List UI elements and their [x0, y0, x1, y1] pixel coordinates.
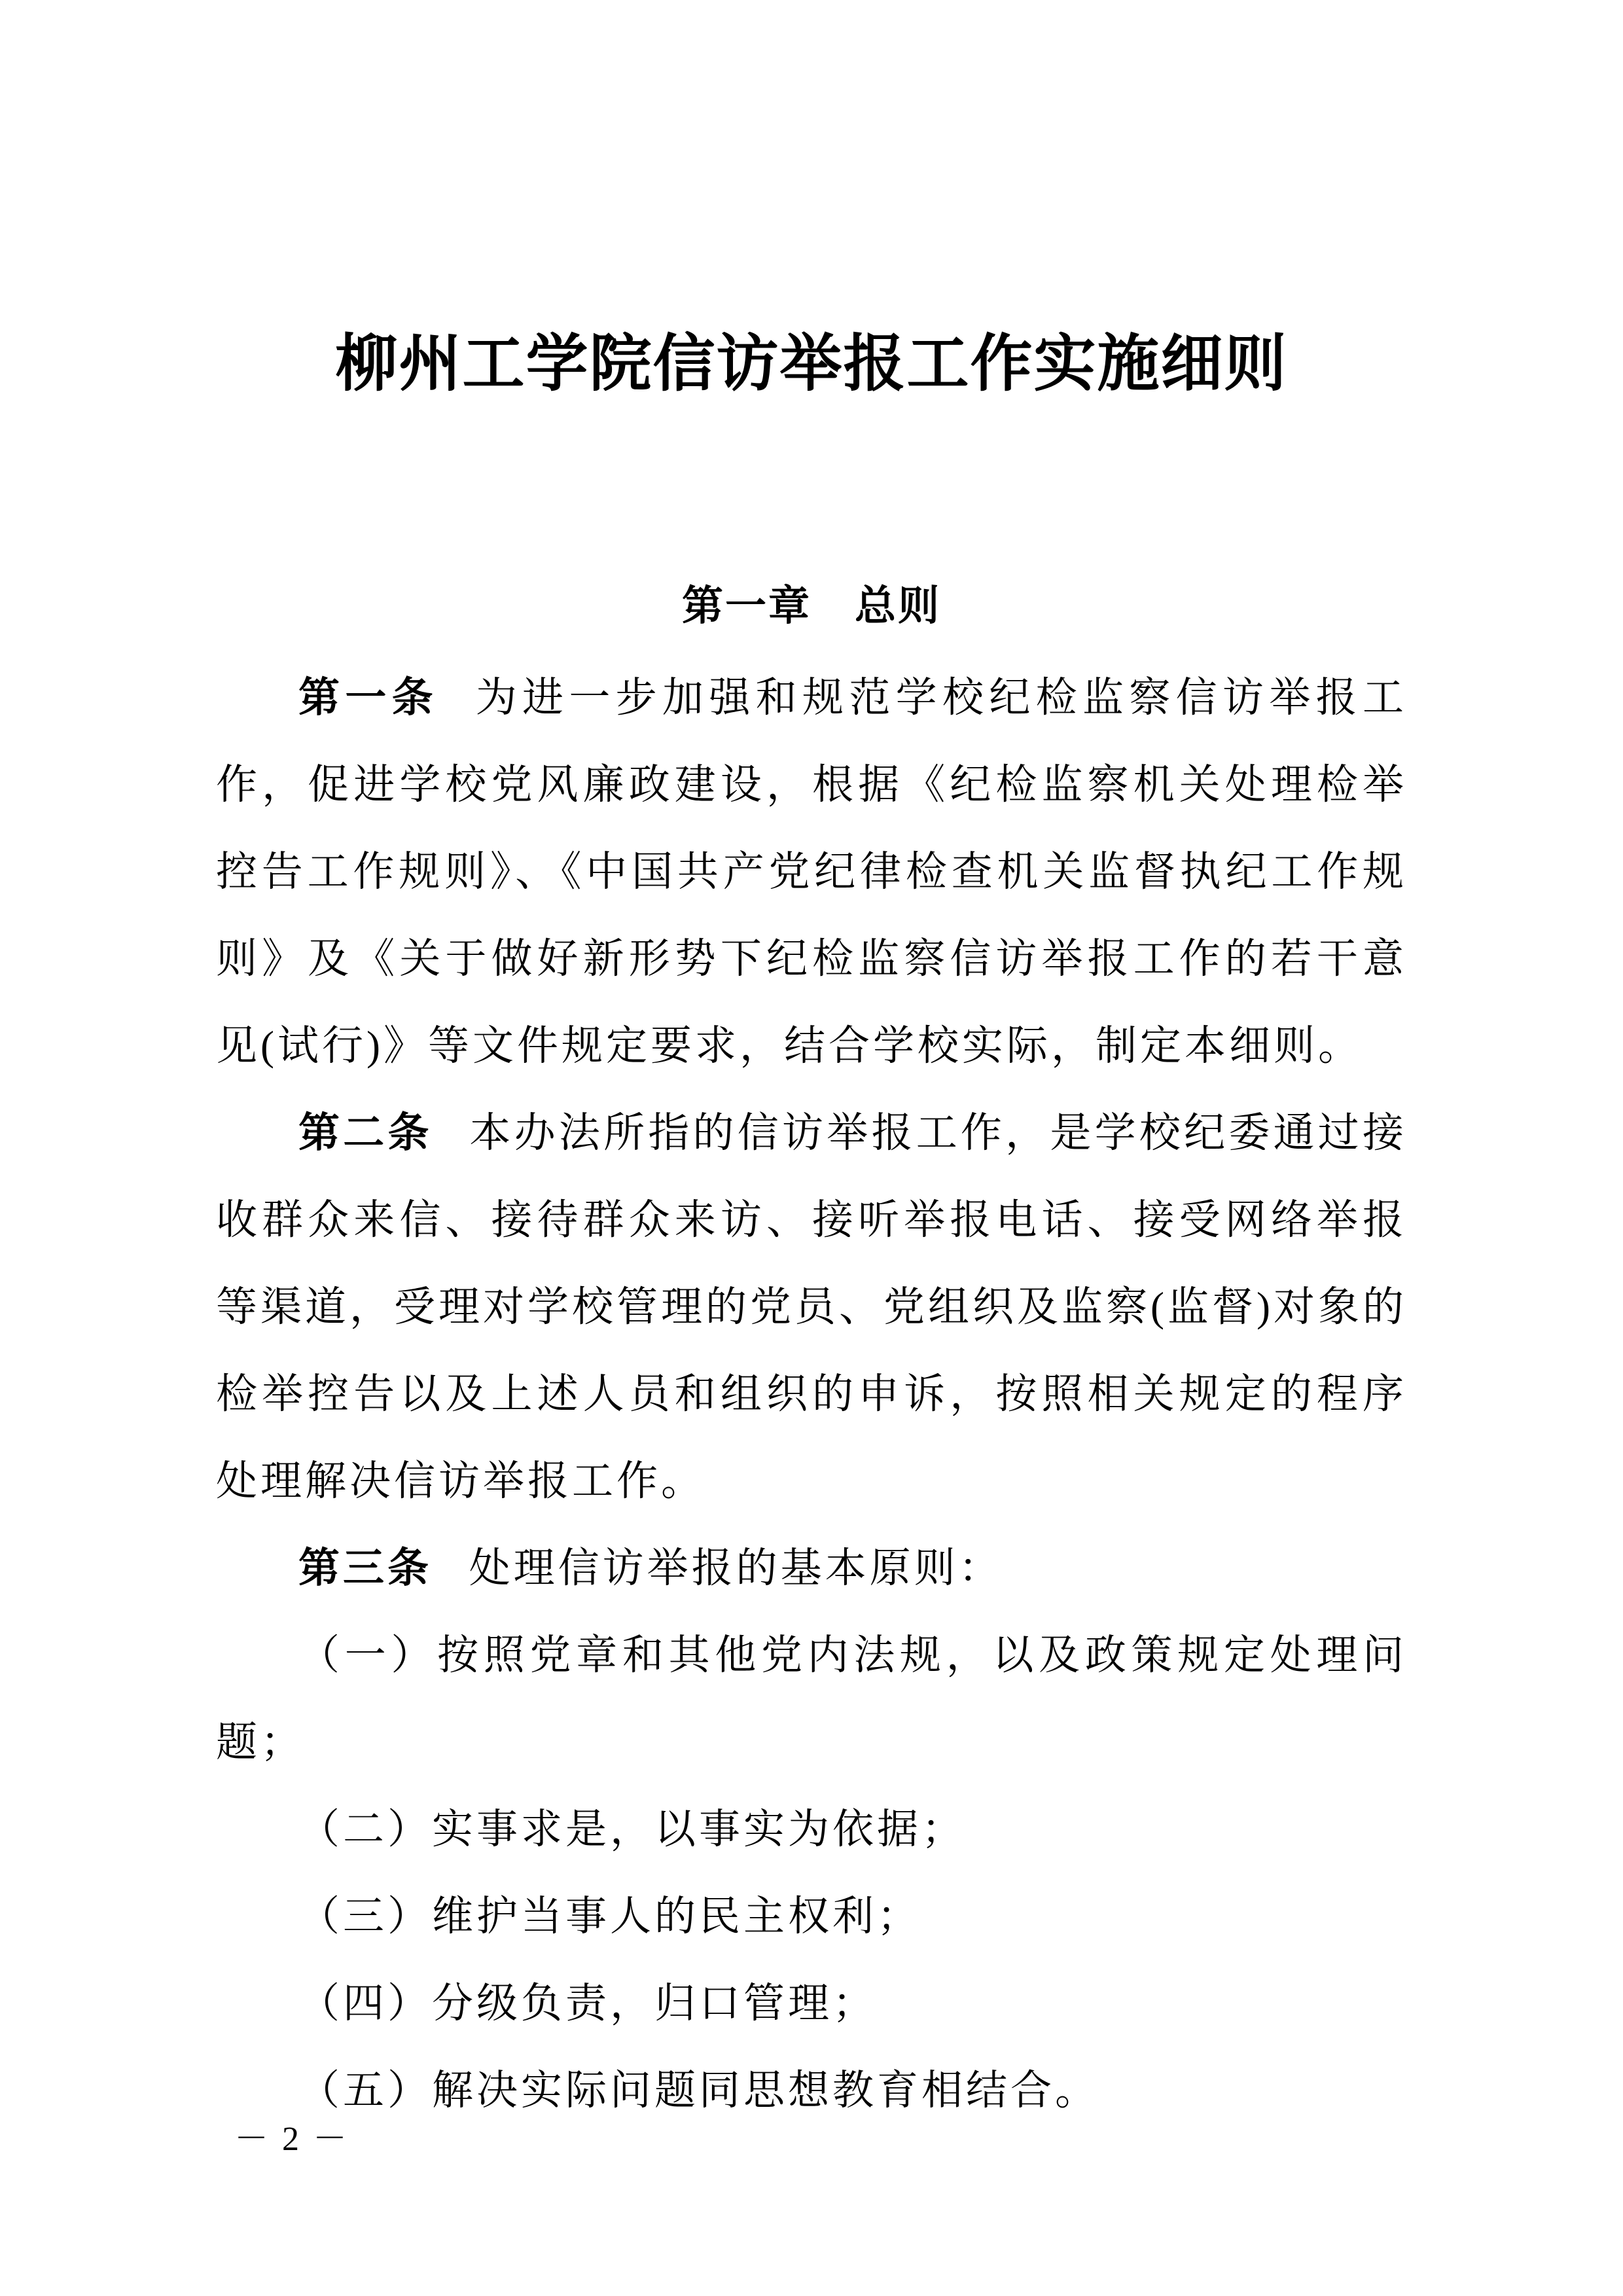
page-number: － 2 －	[234, 2119, 349, 2160]
paragraph-text: （四）分级负责，归口管理；	[298, 1981, 877, 2026]
paragraph-text: 为进一步加强和规范学校纪检监察信访举报工作，促进学校党风廉政建设，根据《纪检监察…	[216, 675, 1407, 1069]
paragraph-text: 处理信访举报的基本原则：	[469, 1545, 1003, 1591]
chapter-heading: 第一章 总则	[0, 583, 1623, 630]
paragraph-text: 本办法所指的信访举报工作，是学校纪委通过接收群众来信、接待群众来访、接听举报电话…	[216, 1110, 1407, 1504]
paragraph: 第二条本办法所指的信访举报工作，是学校纪委通过接收群众来信、接待群众来访、接听举…	[216, 1090, 1407, 1525]
paragraph-text: （五）解决实际问题同思想教育相结合。	[298, 2068, 1099, 2113]
article-label: 第三条	[298, 1545, 432, 1591]
paragraph: （四）分级负责，归口管理；	[216, 1960, 1407, 2047]
paragraph: （一）按照党章和其他党内法规，以及政策规定处理问题；	[216, 1612, 1407, 1786]
article-label: 第二条	[298, 1110, 433, 1156]
document-body: 第一条为进一步加强和规范学校纪检监察信访举报工作，促进学校党风廉政建设，根据《纪…	[216, 655, 1407, 2134]
document-page: 柳州工学院信访举报工作实施细则 第一章 总则 第一条为进一步加强和规范学校纪检监…	[0, 0, 1623, 2296]
paragraph: （五）解决实际问题同思想教育相结合。	[216, 2047, 1407, 2134]
paragraph: 第一条为进一步加强和规范学校纪检监察信访举报工作，促进学校党风廉政建设，根据《纪…	[216, 655, 1407, 1090]
paragraph-text: （一）按照党章和其他党内法规，以及政策规定处理问题；	[216, 1632, 1407, 1765]
article-label: 第一条	[298, 675, 438, 721]
paragraph: 第三条处理信访举报的基本原则：	[216, 1525, 1407, 1612]
document-title: 柳州工学院信访举报工作实施细则	[0, 0, 1623, 401]
paragraph-text: （二）实事求是，以事实为依据；	[298, 1806, 966, 1852]
paragraph: （二）实事求是，以事实为依据；	[216, 1786, 1407, 1873]
paragraph: （三）维护当事人的民主权利；	[216, 1873, 1407, 1960]
paragraph-text: （三）维护当事人的民主权利；	[298, 1893, 921, 1939]
